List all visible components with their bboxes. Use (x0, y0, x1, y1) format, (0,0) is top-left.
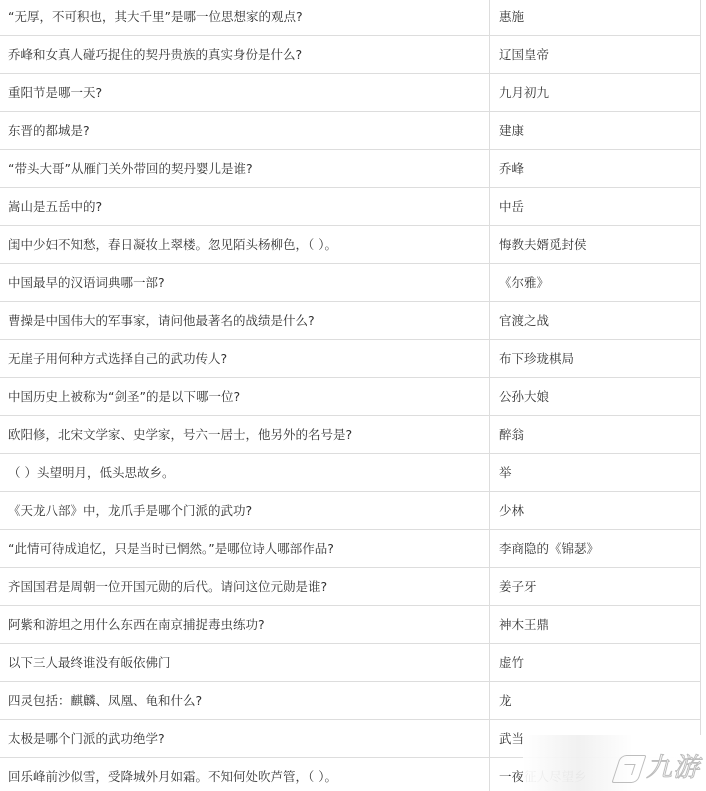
table-row: 闺中少妇不知愁，春日凝妆上翠楼。忽见陌头杨柳色，（ ）。悔教夫婿觅封侯 (0, 226, 701, 264)
question-cell: “带头大哥”从雁门关外带回的契丹婴儿是谁? (0, 150, 490, 188)
question-cell: 乔峰和女真人碰巧捉住的契丹贵族的真实身份是什么? (0, 36, 490, 74)
answer-cell: 李商隐的《锦瑟》 (490, 530, 701, 568)
table-row: 阿紫和游坦之用什么东西在南京捕捉毒虫练功?神木王鼎 (0, 606, 701, 644)
answer-cell: 醉翁 (490, 416, 701, 454)
table-row: “带头大哥”从雁门关外带回的契丹婴儿是谁?乔峰 (0, 150, 701, 188)
answer-cell: 辽国皇帝 (490, 36, 701, 74)
table-row: 东晋的都城是?建康 (0, 112, 701, 150)
question-cell: 中国历史上被称为“剑圣”的是以下哪一位? (0, 378, 490, 416)
question-cell: 阿紫和游坦之用什么东西在南京捕捉毒虫练功? (0, 606, 490, 644)
answer-cell: 悔教夫婿觅封侯 (490, 226, 701, 264)
answer-cell: 公孙大娘 (490, 378, 701, 416)
table-row: 四灵包括：麒麟、凤凰、龟和什么?龙 (0, 682, 701, 720)
question-cell: “此情可待成追忆，只是当时已惘然。”是哪位诗人哪部作品? (0, 530, 490, 568)
answer-cell: 神木王鼎 (490, 606, 701, 644)
question-cell: “无厚，不可积也，其大千里”是哪一位思想家的观点? (0, 0, 490, 36)
table-row: 中国最早的汉语词典哪一部?《尔雅》 (0, 264, 701, 302)
answer-cell: 少林 (490, 492, 701, 530)
answer-cell: 举 (490, 454, 701, 492)
question-cell: 曹操是中国伟大的军事家，请问他最著名的战绩是什么? (0, 302, 490, 340)
answer-cell: 姜子牙 (490, 568, 701, 606)
answer-cell: 乔峰 (490, 150, 701, 188)
answer-cell: 布下珍珑棋局 (490, 340, 701, 378)
question-cell: 重阳节是哪一天? (0, 74, 490, 112)
question-cell: 嵩山是五岳中的? (0, 188, 490, 226)
answer-cell: 建康 (490, 112, 701, 150)
table-row: 以下三人最终谁没有皈依佛门虚竹 (0, 644, 701, 682)
answer-cell: 中岳 (490, 188, 701, 226)
jiuyou-logo-icon (611, 755, 646, 783)
qa-table-body: “无厚，不可积也，其大千里”是哪一位思想家的观点?惠施乔峰和女真人碰巧捉住的契丹… (0, 0, 701, 791)
question-cell: 《天龙八部》中，龙爪手是哪个门派的武功? (0, 492, 490, 530)
table-row: 欧阳修，北宋文学家、史学家，号六一居士，他另外的名号是?醉翁 (0, 416, 701, 454)
qa-table: “无厚，不可积也，其大千里”是哪一位思想家的观点?惠施乔峰和女真人碰巧捉住的契丹… (0, 0, 701, 791)
question-cell: 闺中少妇不知愁，春日凝妆上翠楼。忽见陌头杨柳色，（ ）。 (0, 226, 490, 264)
question-cell: 四灵包括：麒麟、凤凰、龟和什么? (0, 682, 490, 720)
question-cell: 回乐峰前沙似雪，受降城外月如霜。不知何处吹芦管，（ ）。 (0, 758, 490, 791)
question-cell: 太极是哪个门派的武功绝学? (0, 720, 490, 758)
question-cell: 中国最早的汉语词典哪一部? (0, 264, 490, 302)
question-cell: 欧阳修，北宋文学家、史学家，号六一居士，他另外的名号是? (0, 416, 490, 454)
question-cell: （ ）头望明月，低头思故乡。 (0, 454, 490, 492)
table-row: 重阳节是哪一天?九月初九 (0, 74, 701, 112)
table-row: “此情可待成追忆，只是当时已惘然。”是哪位诗人哪部作品?李商隐的《锦瑟》 (0, 530, 701, 568)
table-row: 无崖子用何种方式选择自己的武功传人?布下珍珑棋局 (0, 340, 701, 378)
question-cell: 齐国国君是周朝一位开国元勋的后代。请问这位元勋是谁? (0, 568, 490, 606)
watermark: 九游 (523, 735, 706, 791)
table-row: 曹操是中国伟大的军事家，请问他最著名的战绩是什么?官渡之战 (0, 302, 701, 340)
table-row: 嵩山是五岳中的?中岳 (0, 188, 701, 226)
table-row: 齐国国君是周朝一位开国元勋的后代。请问这位元勋是谁?姜子牙 (0, 568, 701, 606)
question-cell: 无崖子用何种方式选择自己的武功传人? (0, 340, 490, 378)
table-row: 《天龙八部》中，龙爪手是哪个门派的武功?少林 (0, 492, 701, 530)
watermark-logo: 九游 (616, 747, 700, 784)
answer-cell: 《尔雅》 (490, 264, 701, 302)
table-row: 乔峰和女真人碰巧捉住的契丹贵族的真实身份是什么?辽国皇帝 (0, 36, 701, 74)
table-row: （ ）头望明月，低头思故乡。举 (0, 454, 701, 492)
answer-cell: 官渡之战 (490, 302, 701, 340)
answer-cell: 惠施 (490, 0, 701, 36)
table-row: “无厚，不可积也，其大千里”是哪一位思想家的观点?惠施 (0, 0, 701, 36)
answer-cell: 虚竹 (490, 644, 701, 682)
table-row: 中国历史上被称为“剑圣”的是以下哪一位?公孙大娘 (0, 378, 701, 416)
answer-cell: 龙 (490, 682, 701, 720)
question-cell: 以下三人最终谁没有皈依佛门 (0, 644, 490, 682)
answer-cell: 九月初九 (490, 74, 701, 112)
question-cell: 东晋的都城是? (0, 112, 490, 150)
watermark-text: 九游 (646, 753, 700, 783)
